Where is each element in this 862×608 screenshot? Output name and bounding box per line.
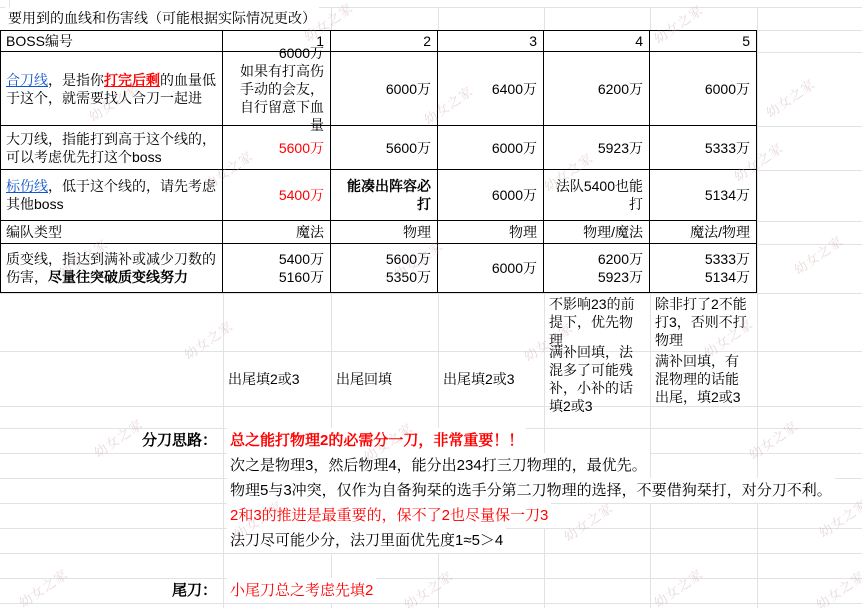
- value: 6200万 5923万: [598, 250, 643, 286]
- note-text: 除非打了2不能打3，否则不打物理: [655, 295, 752, 349]
- strategy-line-2[interactable]: 次之是物理3，然后物理4，能分出234打三刀物理的，最优先。: [227, 453, 650, 478]
- gridline: [0, 553, 862, 554]
- cell-biaoshang-v2[interactable]: 能凑出阵容必打: [331, 170, 438, 221]
- value: 6000万: [492, 259, 537, 277]
- cell-hedao-desc[interactable]: 合刀线，是指你打完后剩的血量低于这个，就需要找人合刀一起进: [0, 52, 223, 126]
- value: 能凑出阵容必打: [337, 177, 431, 213]
- cell-zhibian-desc[interactable]: 质变线，指达到满补或减少刀数的伤害，尽量往突破质变线努力: [0, 244, 223, 293]
- cell-hedao-v2[interactable]: 6000万: [331, 52, 438, 126]
- cell-hedao-v3[interactable]: 6400万: [438, 52, 544, 126]
- gridline: [0, 406, 862, 407]
- value: 6200万: [598, 80, 643, 98]
- biaoshang-desc-text: 标伤线，低于这个线的，请先考虑其他boss: [6, 177, 216, 213]
- value: 5923万: [598, 139, 643, 157]
- cell-boss-5[interactable]: 5: [650, 30, 757, 52]
- value: 5600万 5350万: [386, 250, 431, 286]
- note-text: 满补回填，有混物理的话能出尾，填2或3: [655, 352, 752, 406]
- dadao-desc-text: 大刀线，指能打到高于这个线的，可以考虑优先打这个boss: [6, 130, 216, 166]
- zhibian-bold: 尽量往突破质变线努力: [48, 269, 188, 285]
- cell-dadao-v3[interactable]: 6000万: [438, 126, 544, 170]
- boss-id: 3: [529, 32, 537, 50]
- sheet-title: 要用到的血线和伤害线（可能根据实际情况更改）: [5, 7, 319, 30]
- note-r2-boss4[interactable]: 满补回填，法混多了可能残补，小补的话填2或3: [544, 351, 650, 406]
- cell-hedao-v4[interactable]: 6200万: [544, 52, 650, 126]
- watermark-text: 幼女之家: [400, 566, 457, 608]
- strategy-label: 分刀思路：: [0, 428, 223, 453]
- cell-dadao-desc[interactable]: 大刀线，指能打到高于这个线的，可以考虑优先打这个boss: [0, 126, 223, 170]
- cell-biandui-label[interactable]: 编队类型: [0, 221, 223, 244]
- cell-dadao-v5[interactable]: 5333万: [650, 126, 757, 170]
- cell-zhibian-v4[interactable]: 6200万 5923万: [544, 244, 650, 293]
- boss-id: 4: [635, 32, 643, 50]
- watermark-text: 幼女之家: [745, 416, 802, 464]
- cell-boss-4[interactable]: 4: [544, 30, 650, 52]
- gridline: [9, 0, 10, 7]
- gridline: [0, 603, 862, 604]
- spreadsheet: 要用到的血线和伤害线（可能根据实际情况更改） BOSS编号 1 2 3 4 5 …: [0, 0, 862, 608]
- value: 魔法: [296, 223, 324, 241]
- value: 物理: [509, 223, 537, 241]
- value: 物理: [403, 223, 431, 241]
- watermark-text: 幼女之家: [812, 566, 862, 608]
- value: 6000万: [705, 80, 750, 98]
- cell-zhibian-v2[interactable]: 5600万 5350万: [331, 244, 438, 293]
- note-text: 出尾填2或3: [228, 370, 300, 388]
- cell-biaoshang-v1[interactable]: 5400万: [223, 170, 331, 221]
- note-text: 出尾填2或3: [443, 370, 515, 388]
- value: 5333万 5134万: [705, 250, 750, 286]
- cell-biandui-v3[interactable]: 物理: [438, 221, 544, 244]
- value: 6400万: [492, 80, 537, 98]
- cell-biandui-v4[interactable]: 物理/魔法: [544, 221, 650, 244]
- cell-boss-3[interactable]: 3: [438, 30, 544, 52]
- hedao-desc-text: 合刀线，是指你打完后剩的血量低于这个，就需要找人合刀一起进: [6, 71, 216, 107]
- cell-zhibian-v5[interactable]: 5333万 5134万: [650, 244, 757, 293]
- cell-hedao-v1[interactable]: 6000万 如果有打高伤手动的会友，自行留意下血量: [223, 52, 331, 126]
- cell-boss-2[interactable]: 2: [331, 30, 438, 52]
- hedao-red-text: 打完后剩: [104, 72, 160, 88]
- value: 5134万: [705, 186, 750, 204]
- value: 物理/魔法: [583, 223, 643, 241]
- cell-zhibian-v1[interactable]: 5400万 5160万: [223, 244, 331, 293]
- hedao-mid: ，是指你: [48, 72, 104, 88]
- value: 6000万: [386, 80, 431, 98]
- value: 法队5400也能打: [550, 177, 643, 213]
- boss-id: 2: [423, 32, 431, 50]
- zhibian-desc-text: 质变线，指达到满补或减少刀数的伤害，尽量往突破质变线努力: [6, 250, 216, 286]
- value: 6000万: [492, 186, 537, 204]
- tail-label: 尾刀：: [0, 578, 223, 603]
- value: 6000万 如果有打高伤手动的会友，自行留意下血量: [229, 44, 324, 134]
- boss-table: BOSS编号 1 2 3 4 5 合刀线，是指你打完后剩的血量低于这个，就需要找…: [0, 30, 757, 293]
- value: 5600万: [279, 139, 324, 157]
- note-r2-boss3[interactable]: 出尾填2或3: [438, 351, 544, 406]
- cell-dadao-v4[interactable]: 5923万: [544, 126, 650, 170]
- strategy-line-4[interactable]: 2和3的推进是最重要的，保不了2也尽量保一刀3: [227, 503, 551, 528]
- note-r1-boss5[interactable]: 除非打了2不能打3，否则不打物理: [650, 293, 757, 351]
- cell-header-label[interactable]: BOSS编号: [0, 30, 223, 52]
- strategy-line-5[interactable]: 法刀尽可能少分，法刀里面优先度1≈5＞4: [227, 528, 506, 553]
- cell-biaoshang-v5[interactable]: 5134万: [650, 170, 757, 221]
- watermark-text: 幼女之家: [790, 231, 847, 279]
- note-text: 出尾回填: [336, 370, 392, 388]
- tail-text[interactable]: 小尾刀总之考虑先填2: [227, 578, 376, 603]
- cell-biandui-v2[interactable]: 物理: [331, 221, 438, 244]
- note-r2-boss5[interactable]: 满补回填，有混物理的话能出尾，填2或3: [650, 351, 757, 406]
- label: 编队类型: [6, 223, 62, 241]
- cell-biaoshang-desc[interactable]: 标伤线，低于这个线的，请先考虑其他boss: [0, 170, 223, 221]
- note-r2-boss2[interactable]: 出尾回填: [331, 351, 438, 406]
- watermark-text: 幼女之家: [560, 498, 617, 546]
- strategy-line-3[interactable]: 物理5与3冲突，仅作为自备狗栞的选手分第二刀物理的选择，不要借狗栞打，对分刀不利…: [227, 478, 835, 503]
- header-label: BOSS编号: [6, 32, 73, 50]
- hedao-link[interactable]: 合刀线: [6, 72, 48, 88]
- note-text: 满补回填，法混多了可能残补，小补的话填2或3: [549, 343, 645, 415]
- cell-biandui-v5[interactable]: 魔法/物理: [650, 221, 757, 244]
- gridline: [757, 7, 758, 608]
- strategy-line-1[interactable]: 总之能打物理2的必需分一刀，非常重要！！: [227, 428, 526, 453]
- value: 魔法/物理: [690, 223, 750, 241]
- cell-dadao-v1[interactable]: 5600万: [223, 126, 331, 170]
- cell-biaoshang-v4[interactable]: 法队5400也能打: [544, 170, 650, 221]
- note-r2-boss1[interactable]: 出尾填2或3: [223, 351, 331, 406]
- watermark-text: 幼女之家: [762, 74, 819, 122]
- value: 6000万: [492, 139, 537, 157]
- value: 5600万: [386, 139, 431, 157]
- note-text: 不影响23的前提下，优先物理: [549, 295, 645, 349]
- cell-biandui-v1[interactable]: 魔法: [223, 221, 331, 244]
- cell-hedao-v5[interactable]: 6000万: [650, 52, 757, 126]
- watermark-text: 幼女之家: [650, 564, 707, 608]
- cell-zhibian-v3[interactable]: 6000万: [438, 244, 544, 293]
- value: 5333万: [705, 139, 750, 157]
- value: 5400万 5160万: [279, 250, 324, 286]
- cell-dadao-v2[interactable]: 5600万: [331, 126, 438, 170]
- value: 5400万: [279, 186, 324, 204]
- biaoshang-link[interactable]: 标伤线: [6, 178, 48, 194]
- cell-biaoshang-v3[interactable]: 6000万: [438, 170, 544, 221]
- boss-id: 5: [742, 32, 750, 50]
